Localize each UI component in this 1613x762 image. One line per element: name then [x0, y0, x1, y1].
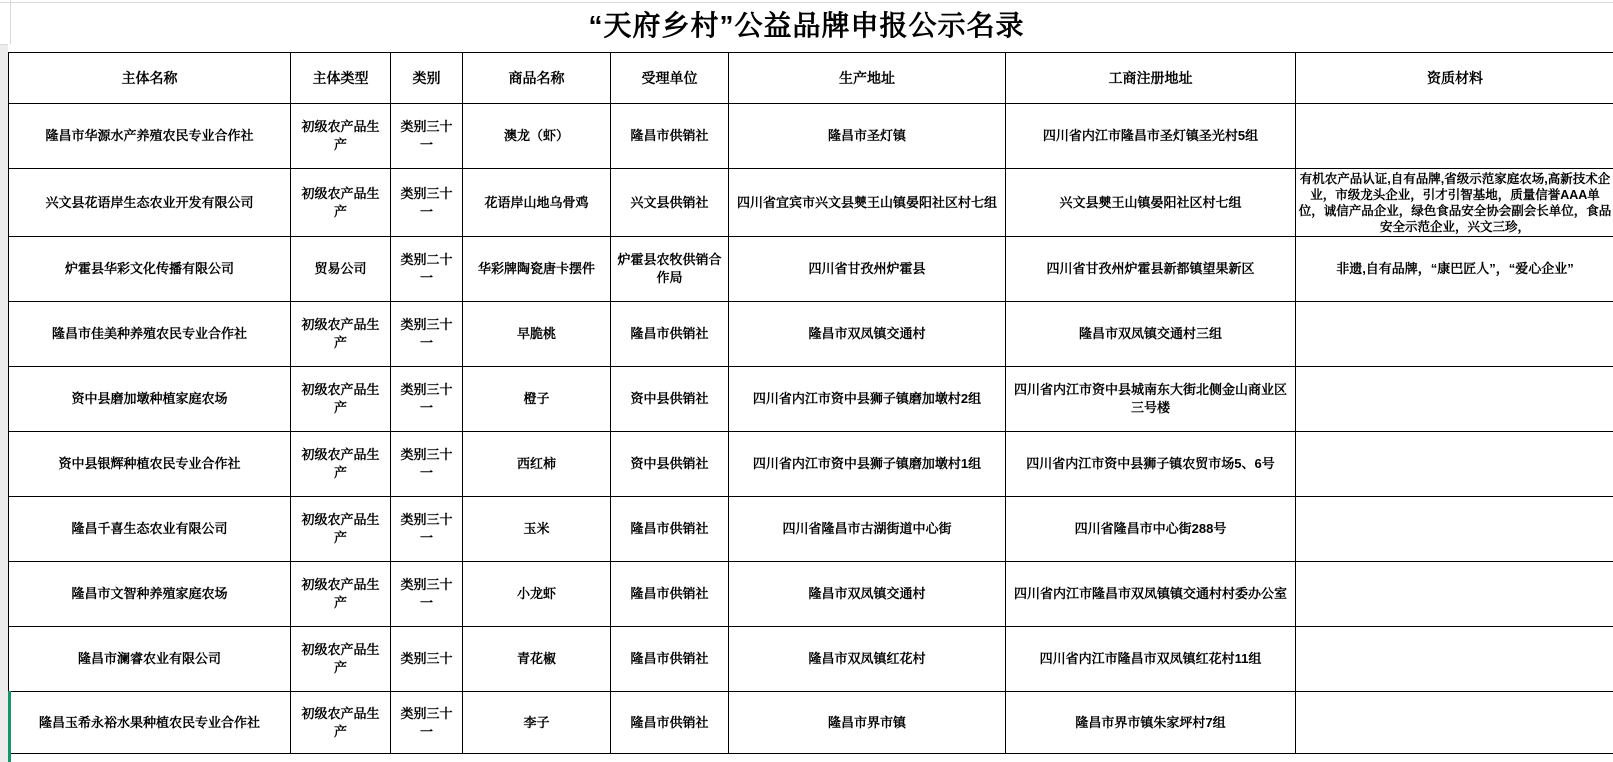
cell-r9-qualification[interactable] [1296, 627, 1613, 692]
cell-r9-accepting-unit[interactable]: 隆昌市供销社 [611, 627, 729, 692]
cell-r1-category[interactable]: 类别三十一 [391, 104, 463, 169]
column-header-qualification: 资质材料 [1296, 53, 1613, 104]
cell-r8-qualification[interactable] [1296, 562, 1613, 627]
cell-r7-registered-address[interactable]: 四川省隆昌市中心街288号 [1006, 497, 1296, 562]
cell-r5-accepting-unit[interactable]: 资中县供销社 [611, 367, 729, 432]
column-header-category: 类别 [391, 53, 463, 104]
cell-r1-qualification[interactable] [1296, 104, 1613, 169]
cell-r4-registered-address[interactable]: 隆昌市双凤镇交通村三组 [1006, 302, 1296, 367]
cell-r3-production-address[interactable]: 四川省甘孜州炉霍县 [729, 237, 1006, 302]
cell-r5-production-address[interactable]: 四川省内江市资中县狮子镇磨加墩村2组 [729, 367, 1006, 432]
cell-r5-qualification[interactable] [1296, 367, 1613, 432]
cell-r8-subject-name[interactable]: 隆昌市文智种养殖家庭农场 [9, 562, 291, 627]
column-header-production-address: 生产地址 [729, 53, 1006, 104]
cell-r2-subject-type[interactable]: 初级农产品生产 [291, 169, 391, 237]
cell-r2-subject-name[interactable]: 兴文县花语岸生态农业开发有限公司 [9, 169, 291, 237]
spreadsheet-view: “天府乡村”公益品牌申报公示名录 主体名称主体类型类别商品名称受理单位生产地址工… [0, 0, 1613, 762]
cell-r7-qualification[interactable] [1296, 497, 1613, 562]
cell-r2-qualification[interactable]: 有机农产品认证,自有品牌,省级示范家庭农场,高新技术企业，市级龙头企业，引才引智… [1296, 169, 1613, 237]
cell-r10-accepting-unit[interactable]: 隆昌市供销社 [611, 692, 729, 754]
cell-r5-registered-address[interactable]: 四川省内江市资中县城南东大街北侧金山商业区三号楼 [1006, 367, 1296, 432]
cell-r8-product-name[interactable]: 小龙虾 [463, 562, 611, 627]
cell-r7-product-name[interactable]: 玉米 [463, 497, 611, 562]
cell-r8-registered-address[interactable]: 四川省内江市隆昌市双凤镇镇交通村村委办公室 [1006, 562, 1296, 627]
cell-r10-subject-type[interactable]: 初级农产品生产 [291, 692, 391, 754]
cell-r3-registered-address[interactable]: 四川省甘孜州炉霍县新都镇望果新区 [1006, 237, 1296, 302]
cell-r1-subject-type[interactable]: 初级农产品生产 [291, 104, 391, 169]
cell-r4-qualification[interactable] [1296, 302, 1613, 367]
cell-r7-subject-type[interactable]: 初级农产品生产 [291, 497, 391, 562]
cell-r10-subject-name[interactable]: 隆昌玉希永裕水果种植农民专业合作社 [9, 692, 291, 754]
cell-r9-product-name[interactable]: 青花椒 [463, 627, 611, 692]
cell-r9-subject-name[interactable]: 隆昌市澜睿农业有限公司 [9, 627, 291, 692]
cell-r10-registered-address[interactable]: 隆昌市界市镇朱家坪村7组 [1006, 692, 1296, 754]
cell-r9-production-address[interactable]: 隆昌市双凤镇红花村 [729, 627, 1006, 692]
cell-r3-accepting-unit[interactable]: 炉霍县农牧供销合作局 [611, 237, 729, 302]
cell-r1-registered-address[interactable]: 四川省内江市隆昌市圣灯镇圣光村5组 [1006, 104, 1296, 169]
brand-declaration-table: 主体名称主体类型类别商品名称受理单位生产地址工商注册地址资质材料隆昌市华源水产养… [8, 52, 1613, 754]
selection-green-edge [8, 691, 11, 762]
cell-r7-accepting-unit[interactable]: 隆昌市供销社 [611, 497, 729, 562]
cell-r9-subject-type[interactable]: 初级农产品生产 [291, 627, 391, 692]
cell-r6-category[interactable]: 类别三十一 [391, 432, 463, 497]
cell-r3-qualification[interactable]: 非遗,自有品牌，“康巴匠人”，“爱心企业” [1296, 237, 1613, 302]
cell-r2-product-name[interactable]: 花语岸山地乌骨鸡 [463, 169, 611, 237]
cell-r1-product-name[interactable]: 澳龙（虾） [463, 104, 611, 169]
cell-r6-product-name[interactable]: 西红柿 [463, 432, 611, 497]
cell-r3-product-name[interactable]: 华彩牌陶瓷唐卡摆件 [463, 237, 611, 302]
cell-r2-production-address[interactable]: 四川省宜宾市兴文县僰王山镇晏阳社区村七组 [729, 169, 1006, 237]
cell-r6-qualification[interactable] [1296, 432, 1613, 497]
column-header-registered-address: 工商注册地址 [1006, 53, 1296, 104]
sheet-left-margin [0, 44, 8, 762]
cell-r6-subject-type[interactable]: 初级农产品生产 [291, 432, 391, 497]
cell-r6-accepting-unit[interactable]: 资中县供销社 [611, 432, 729, 497]
cell-r2-category[interactable]: 类别三十一 [391, 169, 463, 237]
cell-r3-category[interactable]: 类别二十一 [391, 237, 463, 302]
cell-r5-category[interactable]: 类别三十一 [391, 367, 463, 432]
cell-r5-subject-type[interactable]: 初级农产品生产 [291, 367, 391, 432]
sheet-gridline-top [0, 2, 1613, 3]
cell-r4-accepting-unit[interactable]: 隆昌市供销社 [611, 302, 729, 367]
cell-r8-subject-type[interactable]: 初级农产品生产 [291, 562, 391, 627]
cell-r1-accepting-unit[interactable]: 隆昌市供销社 [611, 104, 729, 169]
page-title: “天府乡村”公益品牌申报公示名录 [0, 6, 1613, 46]
cell-r10-production-address[interactable]: 隆昌市界市镇 [729, 692, 1006, 754]
cell-r5-subject-name[interactable]: 资中县磨加墩种植家庭农场 [9, 367, 291, 432]
cell-r1-production-address[interactable]: 隆昌市圣灯镇 [729, 104, 1006, 169]
cell-r4-subject-type[interactable]: 初级农产品生产 [291, 302, 391, 367]
cell-r2-registered-address[interactable]: 兴文县僰王山镇晏阳社区村七组 [1006, 169, 1296, 237]
cell-r10-product-name[interactable]: 李子 [463, 692, 611, 754]
cell-r6-registered-address[interactable]: 四川省内江市资中县狮子镇农贸市场5、6号 [1006, 432, 1296, 497]
cell-r3-subject-type[interactable]: 贸易公司 [291, 237, 391, 302]
column-header-subject-type: 主体类型 [291, 53, 391, 104]
cell-r1-subject-name[interactable]: 隆昌市华源水产养殖农民专业合作社 [9, 104, 291, 169]
cell-r10-qualification[interactable] [1296, 692, 1613, 754]
cell-r7-category[interactable]: 类别三十一 [391, 497, 463, 562]
cell-r6-subject-name[interactable]: 资中县银辉种植农民专业合作社 [9, 432, 291, 497]
cell-r5-product-name[interactable]: 橙子 [463, 367, 611, 432]
cell-r4-category[interactable]: 类别三十一 [391, 302, 463, 367]
column-header-product-name: 商品名称 [463, 53, 611, 104]
cell-r9-registered-address[interactable]: 四川省内江市隆昌市双凤镇红花村11组 [1006, 627, 1296, 692]
cell-r3-subject-name[interactable]: 炉霍县华彩文化传播有限公司 [9, 237, 291, 302]
column-header-subject-name: 主体名称 [9, 53, 291, 104]
cell-r4-subject-name[interactable]: 隆昌市佳美种养殖农民专业合作社 [9, 302, 291, 367]
cell-r4-production-address[interactable]: 隆昌市双凤镇交通村 [729, 302, 1006, 367]
cell-r8-category[interactable]: 类别三十一 [391, 562, 463, 627]
cell-r9-category[interactable]: 类别三十 [391, 627, 463, 692]
cell-r7-subject-name[interactable]: 隆昌千喜生态农业有限公司 [9, 497, 291, 562]
cell-r10-category[interactable]: 类别三十一 [391, 692, 463, 754]
cell-r2-accepting-unit[interactable]: 兴文县供销社 [611, 169, 729, 237]
cell-r7-production-address[interactable]: 四川省隆昌市古湖街道中心街 [729, 497, 1006, 562]
cell-r8-production-address[interactable]: 隆昌市双凤镇交通村 [729, 562, 1006, 627]
cell-r6-production-address[interactable]: 四川省内江市资中县狮子镇磨加墩村1组 [729, 432, 1006, 497]
column-header-accepting-unit: 受理单位 [611, 53, 729, 104]
cell-r4-product-name[interactable]: 早脆桃 [463, 302, 611, 367]
cell-r8-accepting-unit[interactable]: 隆昌市供销社 [611, 562, 729, 627]
